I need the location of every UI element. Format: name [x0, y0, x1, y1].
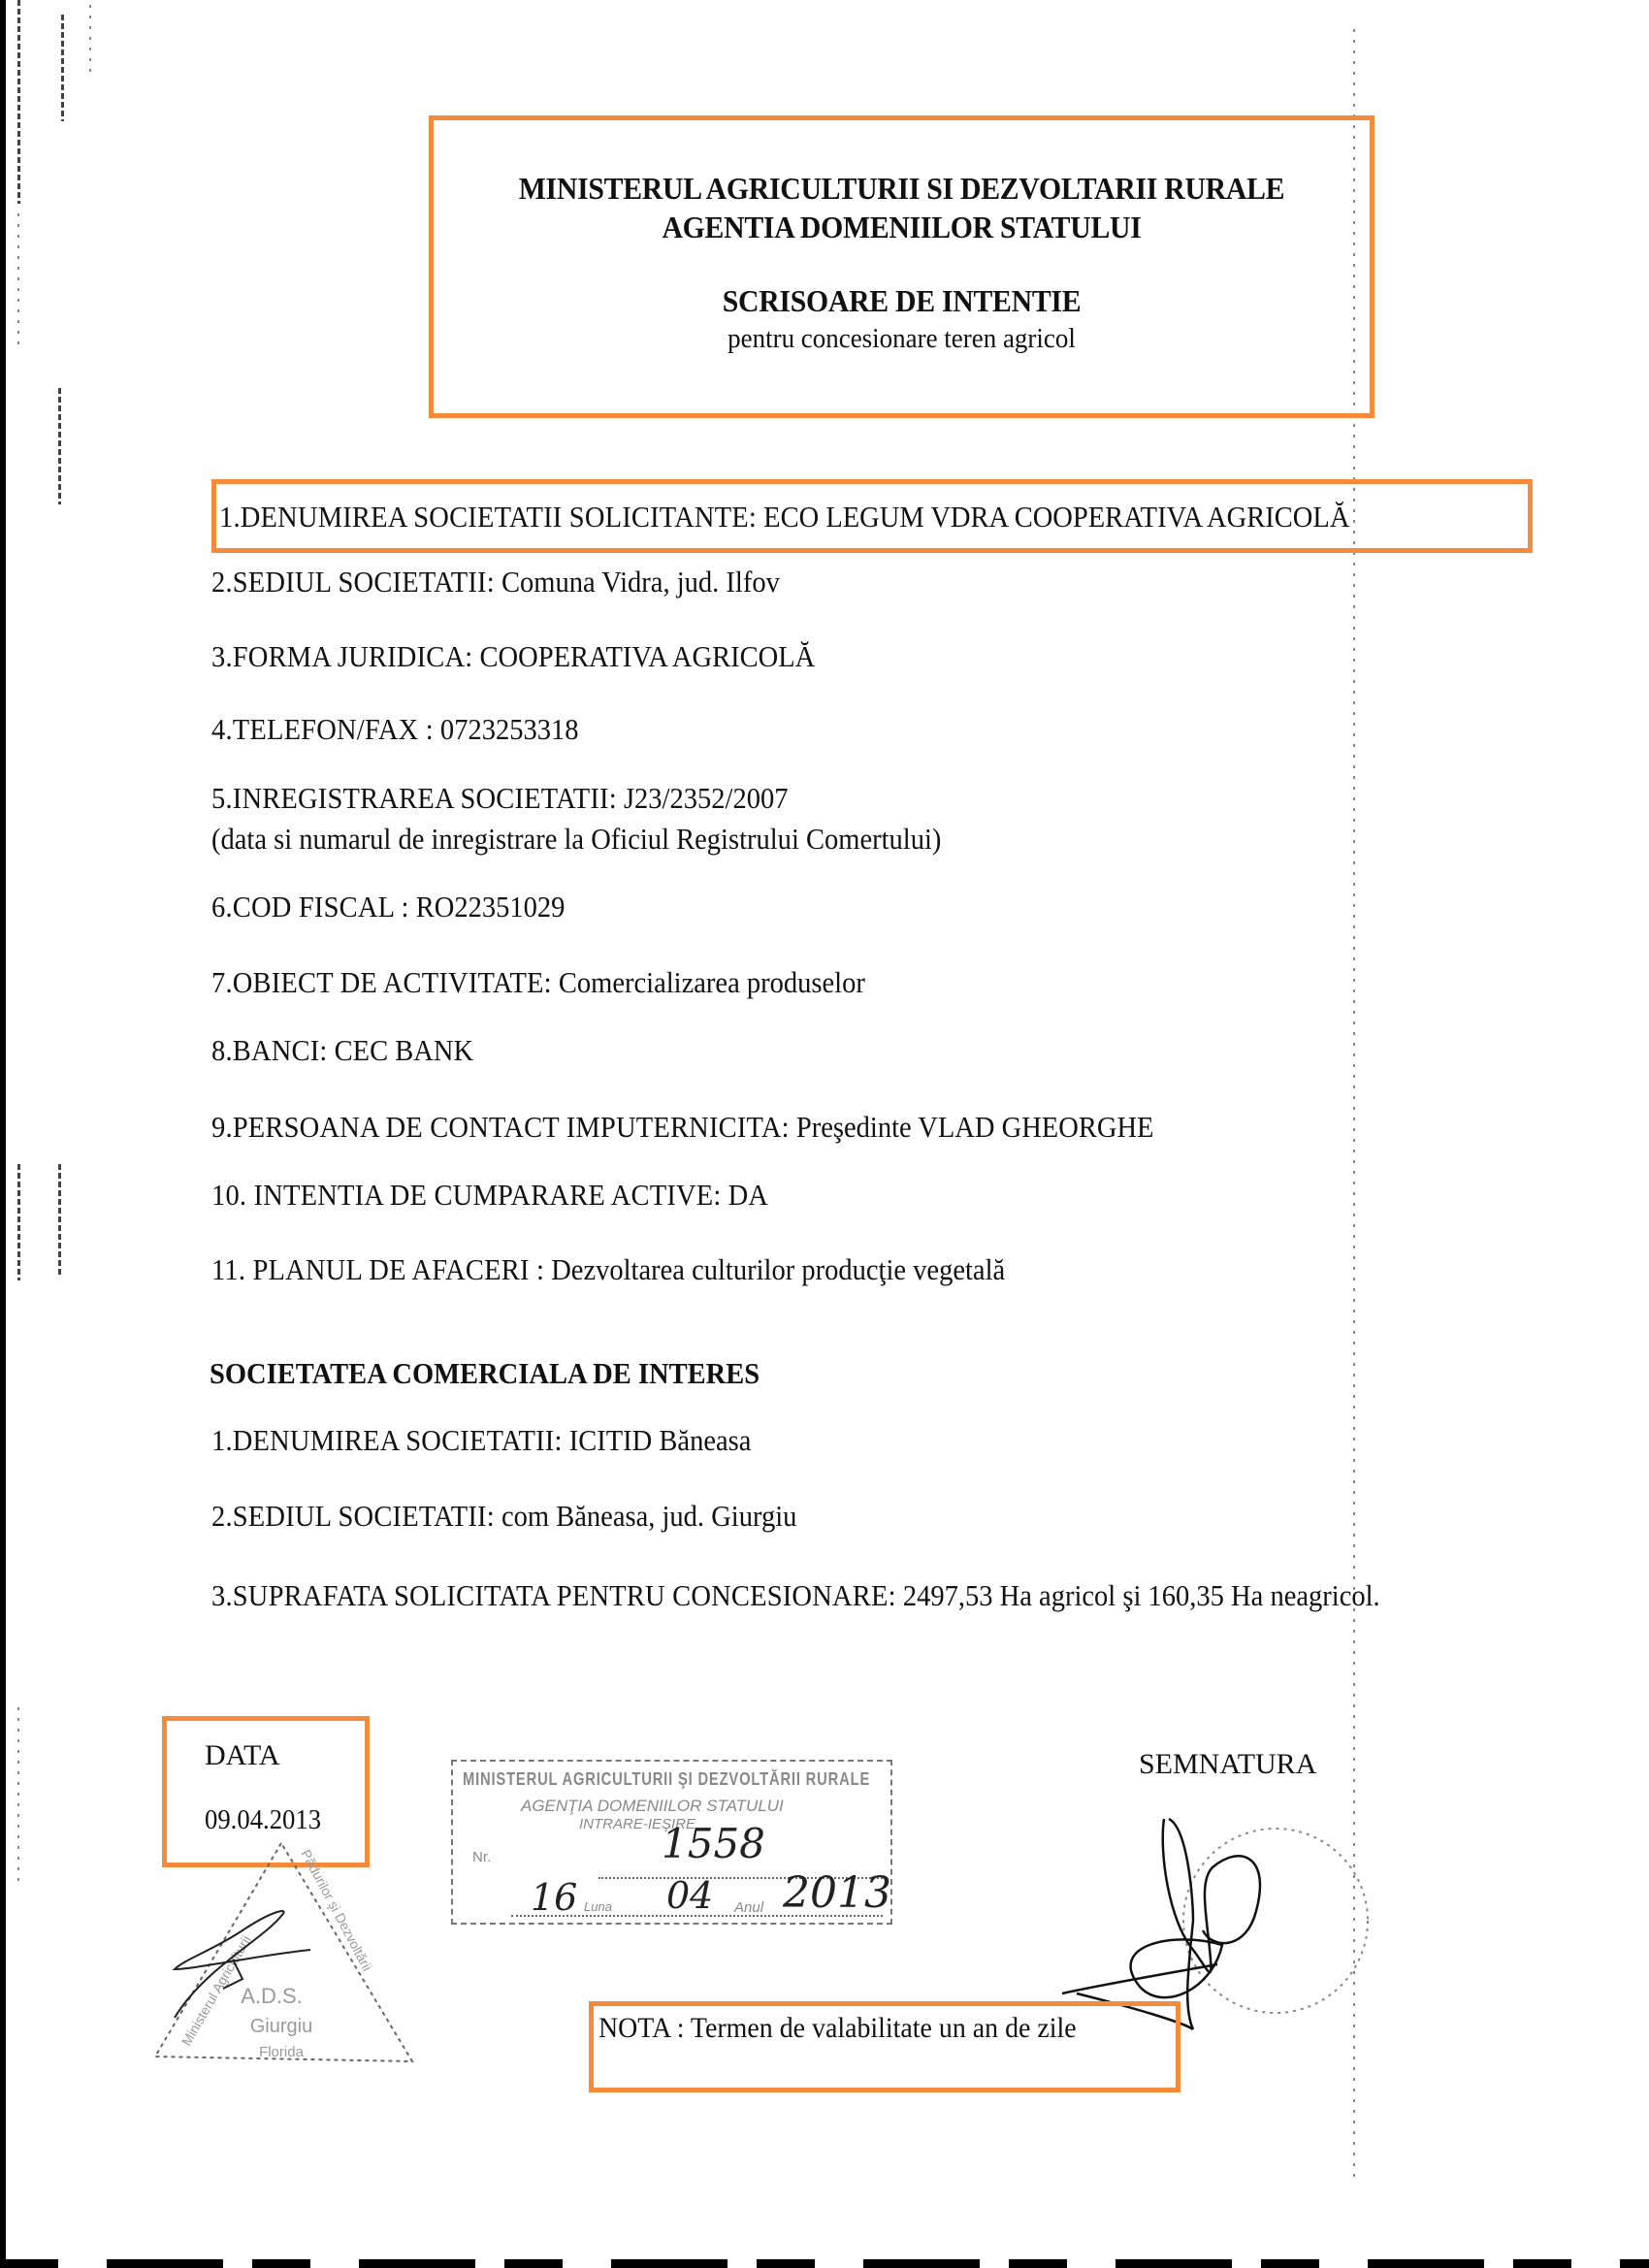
field-label: 3.SUPRAFATA SOLICITATA PENTRU CONCESIONA… [211, 1578, 896, 1612]
banks-field: 8.BANCI: CEC BANK [211, 1035, 473, 1065]
field-value: CEC BANK [335, 1033, 473, 1067]
registration-field: 5.INREGISTRAREA SOCIETATII: J23/2352/200… [211, 783, 788, 813]
field-value: 2497,53 Ha agricol şi 160,35 Ha neagrico… [903, 1578, 1380, 1612]
applicant-address-field: 2.SEDIUL SOCIETATII: Comuna Vidra, jud. … [211, 567, 780, 597]
field-value: Comuna Vidra, jud. Ilfov [501, 565, 780, 599]
stamp-center-text: A.D.S. [241, 1984, 303, 2008]
field-value: RO22351029 [416, 890, 566, 923]
header-highlight-box [429, 115, 1374, 418]
field-value: com Băneasa, jud. Giurgiu [501, 1499, 796, 1533]
validity-note: NOTA : Termen de valabilitate un an de z… [598, 2012, 1077, 2045]
scan-artifact [61, 15, 64, 121]
stamp-city-text: Giurgiu [250, 2016, 312, 2037]
field-label: 1.DENUMIREA SOCIETATII: [211, 1423, 563, 1457]
field-label: 8.BANCI: [211, 1033, 328, 1067]
interest-company-name-field: 1.DENUMIREA SOCIETATII: ICITID Băneasa [211, 1425, 751, 1455]
legal-form-field: 3.FORMA JURIDICA: COOPERATIVA AGRICOLĂ [211, 641, 815, 671]
phone-fax-field: 4.TELEFON/FAX : 0723253318 [211, 714, 579, 744]
field-label: 4.TELEFON/FAX : [211, 712, 434, 746]
field-value: 0723253318 [440, 712, 579, 746]
field-label: 9.PERSOANA DE CONTACT IMPUTERNICITA: [211, 1110, 790, 1144]
field-value: Dezvoltarea culturilor producţie vegetal… [551, 1252, 1005, 1286]
stamp-number: 1558 [662, 1820, 765, 1867]
date-label: DATA [205, 1739, 280, 1772]
registration-stamp: MINISTERUL AGRICULTURII ŞI DEZVOLTĂRII R… [451, 1760, 892, 1925]
document-subtitle: pentru concesionare teren agricol [462, 323, 1342, 355]
document-title: SCRISOARE DE INTENTIE [462, 283, 1342, 319]
field-label: 3.FORMA JURIDICA: [211, 639, 472, 673]
field-label: 6.COD FISCAL : [211, 890, 409, 923]
ministry-title: MINISTERUL AGRICULTURII SI DEZVOLTARII R… [462, 171, 1342, 207]
scan-artifact [17, 0, 20, 204]
stamp-month-label: Luna [584, 1899, 612, 1914]
field-label: 7.OBIECT DE ACTIVITATE: [211, 965, 552, 999]
stamp-nr-label: Nr. [472, 1849, 491, 1865]
interest-company-heading: SOCIETATEA COMERCIALA DE INTERES [210, 1356, 760, 1391]
fiscal-code-field: 6.COD FISCAL : RO22351029 [211, 891, 565, 922]
scan-edge-bottom [0, 2259, 1649, 2268]
interest-company-address-field: 2.SEDIUL SOCIETATII: com Băneasa, jud. G… [211, 1501, 796, 1531]
field-value: Preşedinte VLAD GHEORGHE [796, 1110, 1154, 1144]
field-value: COOPERATIVA AGRICOLĂ [480, 639, 816, 673]
stamp-small-text: Florida [259, 2044, 305, 2060]
field-value: ECO LEGUM VDRA COOPERATIVA AGRICOLĂ [763, 500, 1349, 534]
field-value: Comercializarea produselor [559, 965, 865, 999]
applicant-name-field: 1.DENUMIREA SOCIETATII SOLICITANTE: ECO … [219, 502, 1349, 532]
field-value: DA [728, 1178, 768, 1212]
scan-artifact [58, 1164, 61, 1276]
field-label: 5.INREGISTRAREA SOCIETATII: [211, 781, 617, 815]
activity-field: 7.OBIECT DE ACTIVITATE: Comercializarea … [211, 967, 865, 997]
field-label: 2.SEDIUL SOCIETATII: [211, 1499, 495, 1533]
requested-area-field: 3.SUPRAFATA SOLICITATA PENTRU CONCESIONA… [211, 1580, 1380, 1610]
signature [1048, 1775, 1397, 2037]
stamp-arc-right: Pădurilor şi Dezvoltării [298, 1847, 375, 1973]
scan-artifact [17, 1707, 19, 1882]
scan-artifact [89, 5, 91, 73]
stamp-dotted-line [511, 1915, 883, 1917]
field-label: 2.SEDIUL SOCIETATII: [211, 565, 495, 599]
stamp-month: 04 [666, 1874, 713, 1917]
field-value: J23/2352/2007 [624, 781, 789, 815]
purchase-intent-field: 10. INTENTIA DE CUMPARARE ACTIVE: DA [211, 1180, 768, 1210]
stamp-day: 16 [531, 1876, 577, 1919]
stamp-year: 2013 [783, 1868, 891, 1918]
scan-artifact [17, 1164, 20, 1280]
scan-artifact [17, 213, 19, 349]
scan-edge-left [0, 0, 6, 2268]
scan-artifact [58, 388, 61, 504]
stamp-line2: AGENŢIA DOMENIILOR STATULUI [521, 1797, 784, 1816]
field-value: ICITID Băneasa [569, 1423, 752, 1457]
stamp-line1: MINISTERUL AGRICULTURII ŞI DEZVOLTĂRII R… [463, 1769, 870, 1790]
registration-note: (data si numarul de inregistrare la Ofic… [211, 824, 941, 854]
contact-person-field: 9.PERSOANA DE CONTACT IMPUTERNICITA: Pre… [211, 1112, 1153, 1142]
triangle-stamp: A.D.S. Giurgiu Florida Ministerul Agricu… [136, 1824, 427, 2066]
field-label: 10. INTENTIA DE CUMPARARE ACTIVE: [211, 1178, 722, 1212]
business-plan-field: 11. PLANUL DE AFACERI : Dezvoltarea cult… [211, 1254, 1005, 1284]
agency-title: AGENTIA DOMENIILOR STATULUI [462, 210, 1342, 245]
stamp-year-label: Anul [734, 1899, 763, 1916]
field-label: 1.DENUMIREA SOCIETATII SOLICITANTE: [219, 500, 757, 534]
field-label: 11. PLANUL DE AFACERI : [211, 1252, 544, 1286]
